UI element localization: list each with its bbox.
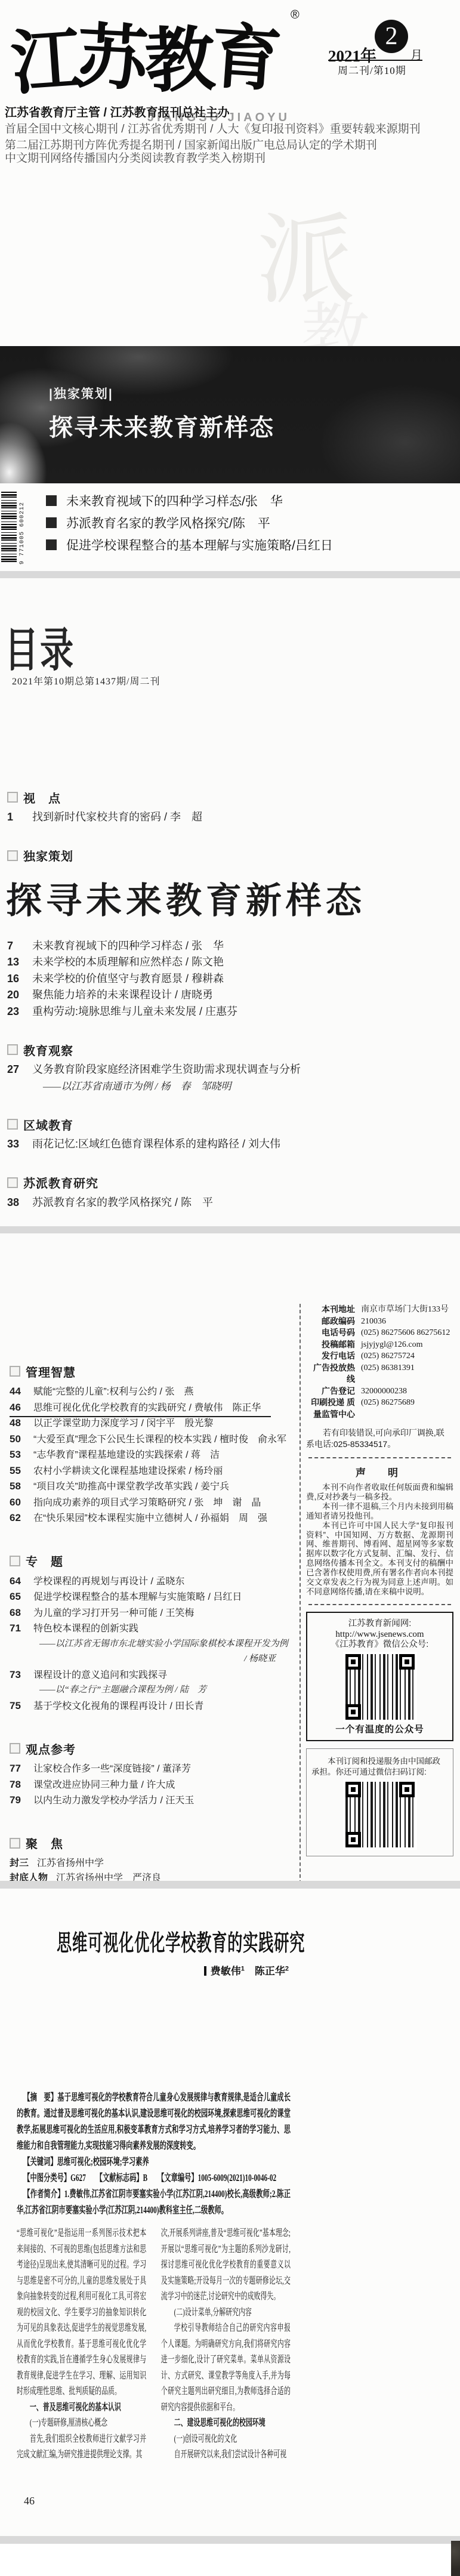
statement-title: 声 明: [306, 1464, 453, 1479]
toc-entry-subtitle: ——以“春之行”主题融合课程为例 / 陆 芳: [10, 1683, 300, 1698]
toc-entry-title: 指向成功素养的项目式学习策略研究 / 张 坤 谢 晶: [33, 1498, 261, 1508]
toc-entry: 50“大爱至真”理念下公民生长课程的校本实践 / 檀时俊 俞永军: [10, 1432, 300, 1448]
info-row: 广告登记 32000000238: [306, 1386, 453, 1397]
toc-entry: 77让家校合作多一些“深度链接” / 董泽芳: [10, 1761, 300, 1777]
info-label: 电话号码: [306, 1327, 355, 1339]
section-label: 专 题: [26, 1552, 63, 1569]
bullet-square-icon: [46, 495, 57, 506]
section-square-icon: [7, 792, 18, 803]
toc-entry-title: 以正学课堂助力深度学习 / 闵宇平 殷光黎: [33, 1418, 213, 1429]
toc-entry-page: 71: [10, 1621, 27, 1636]
cover-page: 江苏教育 ® JIANGSU JIAOYU 2021年 2 月 周二刊/第10期…: [0, 0, 460, 571]
toc-section-header: 视 点: [7, 790, 413, 804]
dashed-separator: [308, 1604, 451, 1605]
toc-entry-page: 60: [10, 1495, 27, 1510]
toc-section-header: 苏派教育研究: [7, 1176, 413, 1190]
toc-section-header: 区域教育: [7, 1117, 413, 1131]
info-row: 发行电话 (025) 86275724: [306, 1350, 453, 1362]
section-square-icon: [10, 1838, 20, 1849]
toc-entry-title: 聚焦能力培养的未来课程设计 / 唐晓勇: [32, 989, 213, 1001]
feature-article-text: 促进学校课程整合的基本理解与实施策略/吕红日: [66, 536, 333, 554]
info-label: 投稿邮箱: [306, 1339, 355, 1351]
toc-entry-title: 农村小学耕读文化课程基地建设探索 / 杨玲丽: [33, 1466, 223, 1476]
qr-finder-icon: [345, 1654, 361, 1670]
info-row: 本刊地址 南京市草场门大街133号: [306, 1304, 453, 1316]
toc-entry: 62在“快乐果园”校本课程实施中立德树人 / 孙福娟 周 强: [10, 1510, 300, 1526]
page-divider: [0, 571, 460, 578]
section-square-icon: [7, 850, 18, 861]
honor-line-1: 首届全国中文核心期刊 / 江苏省优秀期刊 / 人大《复印报刊资料》重要转载来源期…: [5, 120, 421, 136]
toc-entry: 46思维可视化优化学校教育的实践研究 / 费敏伟 陈正华: [10, 1400, 271, 1418]
feature-tag: |独家策划|: [49, 384, 113, 402]
info-value: jsjyjygl@126.com: [361, 1339, 423, 1351]
section-label: 区域教育: [23, 1116, 73, 1133]
toc-section-header: 独家策划: [7, 849, 413, 863]
toc-entry: 60指向成功素养的项目式学习策略研究 / 张 坤 谢 晶: [10, 1495, 300, 1511]
toc-entry-title: 促进学校课程整合的基本理解与实施策略 / 吕红日: [33, 1592, 242, 1602]
toc-entry: 55农村小学耕读文化课程基地建设探索 / 杨玲丽: [10, 1463, 300, 1479]
subscription-box: 本刊订阅和投递服务由中国邮政承担。你还可通过微信扫码订阅:: [306, 1748, 453, 1856]
qr-finder-icon: [345, 1704, 361, 1720]
section-label: 视 点: [23, 789, 61, 806]
feature-article-list: 未来教育视域下的四种学习样态/张 华 苏派教育名家的教学风格探究/陈 平 促进学…: [46, 493, 333, 560]
toc-entry: 75基于学校文化视角的课程再设计 / 田长青: [10, 1698, 300, 1714]
subscription-text: 本刊订阅和投递服务由中国邮政承担。你还可通过微信扫码订阅:: [311, 1756, 448, 1778]
info-value: (025) 86275606 86275612: [361, 1327, 450, 1339]
toc-entry-title: 未来学校的价值坚守与教育愿景 / 穆耕森: [32, 973, 224, 985]
print-error-note: 若有印装错误,可向承印厂调换,联系电话:025-85334517。: [306, 1427, 450, 1450]
feature-article-item: 促进学校课程整合的基本理解与实施策略/吕红日: [46, 538, 333, 551]
toc-entry-page: 58: [10, 1479, 27, 1494]
toc-entry-title: 课堂改进应协同三种力量 / 许大成: [33, 1780, 175, 1790]
toc-list-continued: 管理智慧 44赋能“完整的儿童”:权利与公约 / 张 燕46思维可视化优化学校教…: [10, 1337, 300, 1886]
issue-number-line: 周二刊/第10期: [338, 62, 406, 77]
toc-entry-title: 课程设计的意义追问和实践探寻: [33, 1670, 167, 1680]
toc-entry-page: 27: [7, 1062, 23, 1078]
body-paragraph: 自开展研究以来,我们尝试设计各种可视: [161, 2447, 291, 2463]
info-value: 32000000238: [361, 1386, 407, 1397]
toc-entry: 33雨花记忆:区域红色德育课程体系的建构路径 / 刘大伟: [7, 1136, 413, 1153]
toc-entry-title: 为儿童的学习打开另一种可能 / 王笑梅: [33, 1608, 194, 1618]
toc-section-header: 专 题: [10, 1554, 300, 1568]
statement-paragraph: 本刊一律不退稿,三个月内未接到用稿通知者请另投他刊。: [306, 1502, 453, 1521]
toc-entry-title: 基于学校文化视角的课程再设计 / 田长青: [33, 1701, 203, 1711]
page-divider: [0, 1881, 460, 1889]
toc-entry: 64学校课程的再规划与再设计 / 孟晓东: [10, 1574, 300, 1590]
article-right-column: 次,开展系列讲座,普及“思维可视化”基本理念;开展以“思维可视化”为主题的系列沙…: [161, 2226, 291, 2463]
author-1-affiliation-mark: 1: [241, 1965, 245, 1972]
article-meta-paragraph: 【关键词】思维可视化;校园环境;学习素养: [17, 2154, 291, 2170]
toc-entry: 20聚焦能力培养的未来课程设计 / 唐晓勇: [7, 987, 413, 1004]
toc-entry: 23重构劳动:境脉思维与儿童未来发展 / 庄惠芬: [7, 1004, 413, 1020]
toc-entry-page: 38: [7, 1195, 23, 1211]
cover-watermark: 派 教: [257, 212, 355, 310]
subsection-heading: (一)创设可视化的文化: [161, 2432, 291, 2448]
toc-entry: 73课程设计的意义追问和实践探寻: [10, 1667, 300, 1683]
title-char: 教: [143, 2, 213, 106]
section-square-icon: [7, 1177, 18, 1188]
title-char: 江: [8, 2, 82, 108]
info-value: 南京市草场门大街133号: [361, 1304, 449, 1316]
author-1: 费敏伟: [211, 1966, 241, 1977]
toc-section-header: 管理智慧: [10, 1364, 300, 1378]
info-label: 本刊地址: [306, 1304, 355, 1316]
toc-entry-page: 23: [7, 1004, 23, 1020]
bullet-square-icon: [46, 517, 57, 528]
feature-article-text: 未来教育视域下的四种学习样态/张 华: [66, 492, 283, 510]
toc-entry-title: 让家校合作多一些“深度链接” / 董泽芳: [33, 1764, 191, 1774]
dashed-separator: [308, 1457, 451, 1458]
toc-entry: 16未来学校的价值坚守与教育愿景 / 穆耕森: [7, 971, 413, 988]
info-value: 210036: [361, 1316, 386, 1328]
section-heading: 二、建设思维可视化的校园环境: [161, 2415, 291, 2432]
toc-entry: 71特色校本课程的创新实践: [10, 1621, 300, 1637]
website-url: http://www.jsenews.com: [311, 1629, 449, 1640]
toc-entry: 68为儿童的学习打开另一种可能 / 王笑梅: [10, 1605, 300, 1621]
toc-entry: 27义务教育阶段家庭经济困难学生资助需求现状调查与分析: [7, 1062, 413, 1078]
toc-entry-title: 找到新时代家校共育的密码 / 李 超: [32, 811, 202, 823]
toc-entry-title: “志华教育”课程基地建设的实践探索 / 蒋 洁: [33, 1450, 220, 1460]
section-label: 苏派教育研究: [23, 1174, 98, 1191]
toc-entry-title: 特色校本课程的创新实践: [33, 1624, 138, 1634]
author-bar-icon: [204, 1966, 206, 1976]
toc-entry-page: 78: [10, 1777, 27, 1793]
info-row: 投稿邮箱 jsjyjygl@126.com: [306, 1339, 453, 1351]
toc-entry-page: 79: [10, 1793, 27, 1808]
section-label: 管理智慧: [26, 1363, 76, 1380]
info-row: 电话号码 (025) 86275606 86275612: [306, 1327, 453, 1339]
bottom-margin: [0, 2544, 460, 2576]
qr-finder-icon: [345, 1782, 361, 1797]
toc-entry-title: 以内生动力激发学校办学活力 / 汪天玉: [33, 1796, 194, 1806]
toc-entry-page: 73: [10, 1667, 27, 1683]
toc-entry-page: 62: [10, 1510, 27, 1526]
issue-month: 2: [375, 20, 408, 53]
toc-section-header: 聚 焦: [10, 1836, 300, 1850]
toc-entry-page: 50: [10, 1432, 27, 1447]
section-label: 教育观察: [23, 1041, 73, 1059]
info-label: 广告登记: [306, 1386, 355, 1397]
section-square-icon: [10, 1743, 20, 1754]
article-authors: 费敏伟1 陈正华2: [17, 1963, 289, 1977]
section-label: 观点参考: [26, 1740, 76, 1757]
toc-entry-page: 64: [10, 1574, 27, 1589]
title-char: 苏: [75, 0, 147, 104]
toc-entry-page: 7: [7, 938, 23, 955]
article-title: 思维可视化优化学校教育的实践研究: [57, 1924, 305, 1957]
page-divider: [0, 1226, 460, 1233]
qr-finder-icon: [345, 1832, 361, 1847]
toc-entry-page: 68: [10, 1605, 27, 1621]
title-char: 育: [208, 0, 282, 105]
date-underline: [328, 60, 422, 61]
toc-entry-page: 55: [10, 1463, 27, 1479]
body-paragraph: 首先,我们组织全校教师进行文献学习并完成文献汇编,为研究推进提供理论支撑。其: [17, 2432, 146, 2463]
statement-paragraph: 本刊不向作者收取任何版面费和编辑费,反对抄袭与一稿多投。: [306, 1483, 453, 1502]
section-label: 独家策划: [23, 847, 73, 864]
honor-line-3: 中文期刊网络传播国内分类阅读教育教学类入榜期刊: [5, 149, 265, 165]
info-value: (025) 86381391: [361, 1362, 415, 1386]
toc-entry: 38苏派教育名家的教学风格探究 / 陈 平: [7, 1195, 413, 1211]
registered-trademark-icon: ®: [291, 8, 300, 22]
scanned-journal: { "cover": { "title_chars": ["江","苏","教"…: [0, 0, 460, 2576]
toc-entry-page: 1: [7, 809, 23, 826]
subsection-heading: (二)设计菜单,分解研究内容: [161, 2305, 291, 2321]
toc-entry-title: 在“快乐果园”校本课程实施中立德树人 / 孙福娟 周 强: [33, 1513, 267, 1523]
subscription-qr-code: [345, 1782, 415, 1847]
toc-entry-title: 江苏省扬州中学: [37, 1858, 104, 1868]
website-label: 江苏教育新闻网:: [311, 1619, 449, 1629]
website-qr-box: 江苏教育新闻网: http://www.jsenews.com 《江苏教育》微信…: [306, 1612, 453, 1741]
qr-caption: 一个有温度的公众号: [311, 1722, 449, 1735]
info-row: 邮政编码 210036: [306, 1316, 453, 1328]
toc-entry: 78课堂改进应协同三种力量 / 许大成: [10, 1777, 300, 1793]
section-label: 聚 焦: [26, 1834, 63, 1852]
info-value: (025) 86275689: [361, 1397, 415, 1420]
info-value: (025) 86275724: [361, 1350, 415, 1362]
qr-finder-icon: [399, 1654, 415, 1670]
toc-entry-title: 思维可视化优化学校教育的实践研究 / 费敏伟 陈正华: [33, 1403, 261, 1413]
toc-entry: 58“项目攻关”助推高中课堂教学改革实践 / 姜宁兵: [10, 1479, 300, 1495]
journal-contact-info: 本刊地址 南京市草场门大街133号 邮政编码 210036 电话号码 (025)…: [306, 1304, 453, 1420]
toc-issue-info: 2021年第10期总第1437期/周二刊: [12, 674, 160, 687]
section-square-icon: [10, 1556, 20, 1566]
feature-band: |独家策划| 探寻未来教育新样态: [0, 346, 460, 483]
toc-heading: 目录: [5, 613, 75, 680]
toc-section-header: 观点参考: [10, 1741, 300, 1756]
issn-barcode-number: 9 771005 600212: [19, 502, 26, 564]
article-page: 思维可视化优化学校教育的实践研究 费敏伟1 陈正华2 【摘 要】基于思维可视化的…: [0, 1889, 460, 2536]
toc-page-1: 目录 2021年第10期总第1437期/周二刊 视 点 1找到新时代家校共育的密…: [0, 578, 460, 1226]
toc-entry-title: “项目攻关”助推高中课堂教学改革实践 / 姜宁兵: [33, 1482, 229, 1492]
section-square-icon: [7, 1119, 18, 1130]
wechat-label: 《江苏教育》微信公众号:: [311, 1640, 449, 1650]
toc-entry: 53“志华教育”课程基地建设的实践探索 / 蒋 洁: [10, 1447, 300, 1463]
toc-entry: 13未来学校的本质理解和应然样态 / 陈文艳: [7, 954, 413, 971]
body-paragraph: “思维可视化”是指运用一系列图示技术把本来间接的、不可视的思维(包括思维方法和思…: [17, 2226, 146, 2400]
toc-entry-position: 封三: [10, 1858, 29, 1868]
page-number: 46: [24, 2495, 35, 2507]
next-page-corner: [451, 2541, 460, 2576]
toc-page-2: 管理智慧 44赋能“完整的儿童”:权利与公约 / 张 燕46思维可视化优化学校教…: [0, 1233, 460, 1881]
toc-entry-title: 苏派教育名家的教学风格探究 / 陈 平: [32, 1196, 213, 1208]
toc-entry-page: 46: [10, 1400, 27, 1415]
toc-entry-page: 33: [7, 1136, 23, 1153]
bullet-square-icon: [46, 539, 57, 550]
toc-entry: 7未来教育视域下的四种学习样态 / 张 华: [7, 938, 413, 955]
journal-info-column: 本刊地址 南京市草场门大街133号 邮政编码 210036 电话号码 (025)…: [306, 1304, 453, 1856]
toc-entry-page: 65: [10, 1589, 27, 1605]
toc-entry: 79以内生动力激发学校办学活力 / 汪天玉: [10, 1793, 300, 1809]
article-columns: “思维可视化”是指运用一系列图示技术把本来间接的、不可视的思维(包括思维方法和思…: [17, 2226, 291, 2463]
article-meta-paragraph: 【摘 要】基于思维可视化的学校教育符合儿童身心发展规律与教育规律,是适合儿童成长…: [17, 2089, 291, 2154]
feature-title: 探寻未来教育新样态: [49, 409, 274, 443]
feature-article-item: 苏派教育名家的教学风格探究/陈 平: [46, 516, 333, 529]
toc-list: 视 点 1找到新时代家校共育的密码 / 李 超 独家策划 探寻未来教育新样态7未…: [7, 767, 413, 1211]
toc-entry-subtitle: ——以江苏省无锡市东北塘实验小学国际象棋校本课程开发为例: [10, 1637, 300, 1652]
toc-entry-title: “大爱至真”理念下公民生长课程的校本实践 / 檀时俊 俞永军: [33, 1434, 286, 1445]
statement-paragraphs: 本刊不向作者收取任何版面费和编辑费,反对抄袭与一稿多投。本刊一律不退稿,三个月内…: [306, 1483, 453, 1597]
body-paragraph: 次,开展系列讲座,普及“思维可视化”基本理念;开展以“思维可视化”为主题的系列沙…: [161, 2226, 291, 2305]
toc-entry-title: 赋能“完整的儿童”:权利与公约 / 张 燕: [33, 1387, 193, 1397]
statement-paragraph: 本刊已许可中国人民大学“复印报刊资料”、中国知网、万方数据、龙源期刊网、维普期刊…: [306, 1521, 453, 1597]
toc-entry-page: 44: [10, 1384, 27, 1399]
body-paragraph: 学校引导教师结合自己的研究内容申报个人课题。为明确研究方向,我们将研究内容进一步…: [161, 2321, 291, 2415]
toc-entry: 48以正学课堂助力深度学习 / 闵宇平 殷光黎: [10, 1415, 300, 1432]
wechat-qr-code: [345, 1654, 415, 1720]
info-row: 广告投放热线 (025) 86381391: [306, 1362, 453, 1386]
toc-entry-title: 未来教育视域下的四种学习样态 / 张 华: [32, 940, 224, 952]
supervisor-line: 江苏省教育厅主管 / 江苏教育报刊总社主办: [5, 103, 230, 120]
toc-entry-page: 77: [10, 1761, 27, 1776]
toc-entry-title: 未来学校的本质理解和应然样态 / 陈文艳: [32, 956, 224, 968]
article-left-column: “思维可视化”是指运用一系列图示技术把本来间接的、不可视的思维(包括思维方法和思…: [17, 2226, 146, 2463]
toc-entry-page: 13: [7, 954, 23, 971]
toc-entry-title: 雨花记忆:区域红色德育课程体系的建构路径 / 刘大伟: [32, 1138, 280, 1150]
column-dashed-divider: [300, 1304, 301, 1884]
info-label: 发行电话: [306, 1350, 355, 1362]
toc-entry-title: 重构劳动:境脉思维与儿童未来发展 / 庄惠芬: [32, 1005, 237, 1017]
info-label: 广告投放热线: [306, 1362, 355, 1386]
toc-entry-page: 75: [10, 1698, 27, 1714]
toc-entry-title: 学校课程的再规划与再设计 / 孟晓东: [33, 1577, 184, 1587]
qr-finder-icon: [399, 1782, 415, 1797]
info-row: 印刷投递 质量监管中心 (025) 86275689: [306, 1397, 453, 1420]
feature-article-item: 未来教育视域下的四种学习样态/张 华: [46, 493, 333, 507]
toc-entry-page: 16: [7, 971, 23, 988]
article-meta-block: 【摘 要】基于思维可视化的学校教育符合儿童身心发展规律与教育规律,是适合儿童成长…: [17, 2089, 291, 2218]
section-square-icon: [7, 1044, 18, 1055]
subsection-heading: (一)专题研修,厘清核心概念: [17, 2415, 146, 2432]
toc-entry: 44赋能“完整的儿童”:权利与公约 / 张 燕: [10, 1384, 300, 1400]
toc-entry-page: 53: [10, 1447, 27, 1463]
article-body: 【摘 要】基于思维可视化的学校教育符合儿童身心发展规律与教育规律,是适合儿童成长…: [17, 2089, 291, 2463]
article-meta-paragraph: 【作者简介】1.费敏伟,江苏省江阴市要塞实验小学(江苏江阴,214400)校长,…: [17, 2186, 291, 2218]
toc-entry: 1找到新时代家校共育的密码 / 李 超: [7, 809, 413, 826]
month-circle-badge: 2: [375, 20, 408, 53]
toc-section-header: 教育观察: [7, 1042, 413, 1057]
journal-title-calligraphy: 江苏教育: [11, 1, 297, 103]
toc-feature-heading: 探寻未来教育新样态: [6, 872, 413, 924]
toc-entry-subtitle: ——以江苏省南通市为例 / 杨 春 邹晓明: [7, 1078, 413, 1095]
article-meta-paragraph: 【中图分类号】G627 【文献标志码】B 【文章编号】1005-6009(202…: [17, 2170, 291, 2186]
author-2-affiliation-mark: 2: [285, 1965, 289, 1972]
issn-barcode: [1, 492, 17, 563]
page-divider: [0, 2536, 460, 2544]
toc-entry-cover-feature: 封三江苏省扬州中学: [10, 1856, 300, 1871]
toc-entry-author: / 杨晓亚: [10, 1652, 300, 1667]
feature-article-text: 苏派教育名家的教学风格探究/陈 平: [66, 514, 270, 532]
section-square-icon: [10, 1366, 20, 1377]
toc-entry-page: 20: [7, 987, 23, 1004]
toc-entry-page: 48: [10, 1415, 27, 1431]
info-label: 印刷投递 质量监管中心: [306, 1397, 355, 1420]
section-heading: 一、普及思维可视化的基本认识: [17, 2400, 146, 2416]
toc-entry-title: 义务教育阶段家庭经济困难学生资助需求现状调查与分析: [32, 1063, 301, 1075]
info-label: 邮政编码: [306, 1316, 355, 1328]
author-2: 陈正华: [255, 1966, 285, 1977]
toc-entry: 65促进学校课程整合的基本理解与实施策略 / 吕红日: [10, 1589, 300, 1605]
